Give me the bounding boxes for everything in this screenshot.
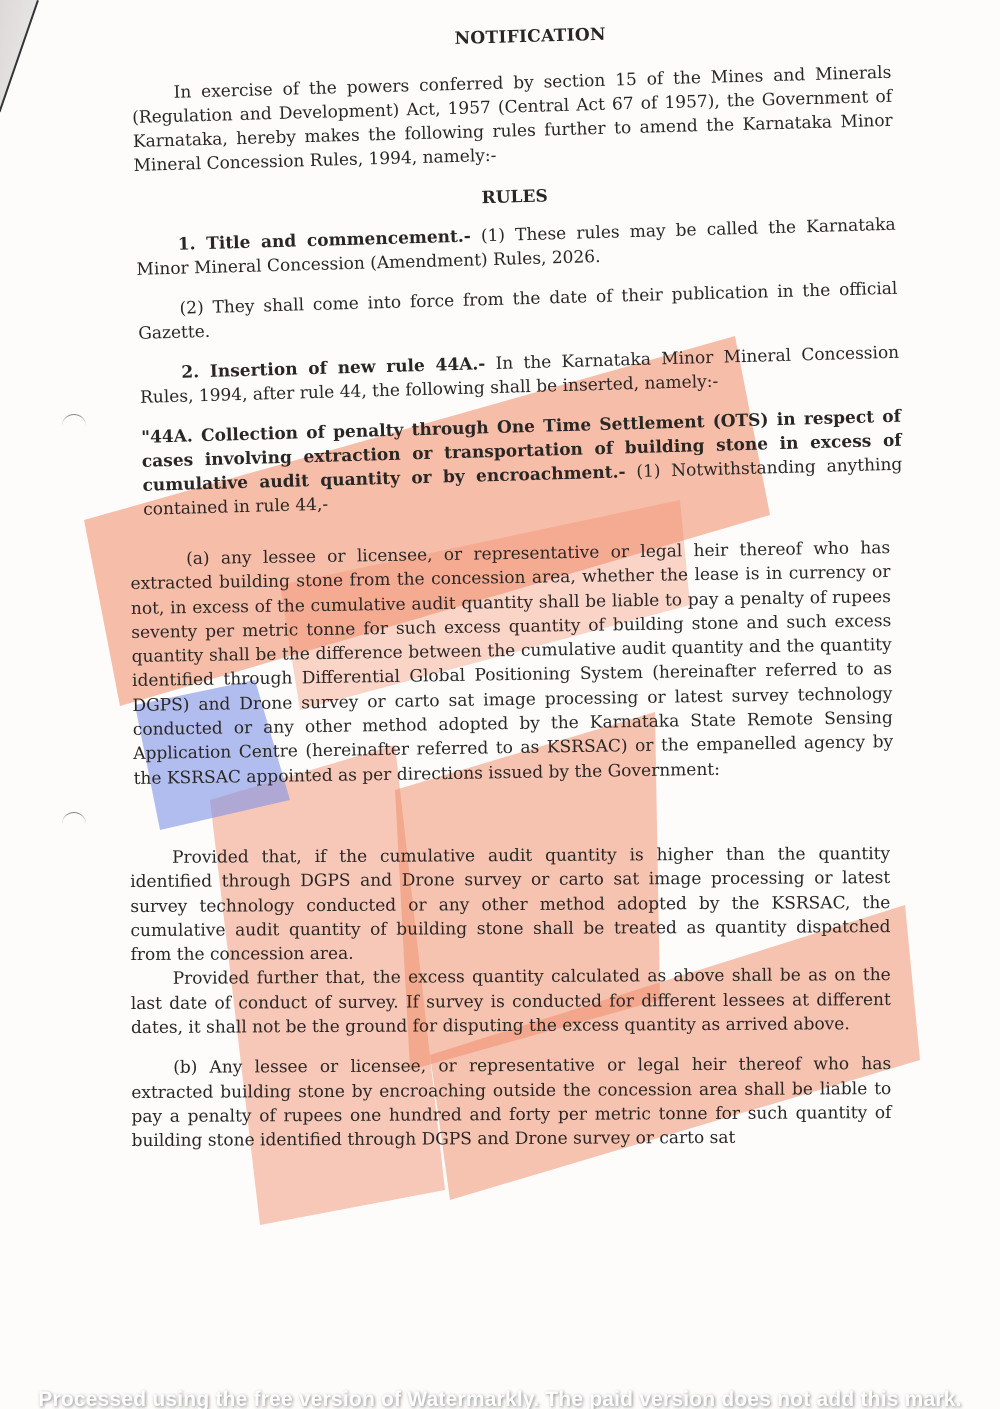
notification-title: NOTIFICATION: [170, 15, 890, 59]
document-page-top: NOTIFICATION In exercise of the powers c…: [130, 15, 903, 522]
document-page-bottom: Provided that, if the cumulative audit q…: [130, 842, 892, 1154]
proviso-2-paragraph: Provided further that, the excess quanti…: [131, 964, 891, 1041]
rules-heading: RULES: [134, 175, 894, 220]
paper-corner-fold: [0, 0, 40, 120]
watermark-text: Processed using the free version of Wate…: [0, 1388, 1000, 1409]
document-page-middle: (a) any lessee or licensee, or represent…: [130, 536, 894, 791]
punch-hole-mark: [62, 414, 86, 427]
clause-a-paragraph: (a) any lessee or licensee, or represent…: [130, 536, 894, 791]
clause-b-paragraph: (b) Any lessee or licensee, or represent…: [131, 1052, 891, 1153]
punch-hole-mark: [62, 812, 86, 825]
preamble-paragraph: In exercise of the powers conferred by s…: [131, 61, 893, 178]
rule-44a-paragraph: "44A. Collection of penalty through One …: [141, 405, 903, 522]
rule-2-heading: 2. Insertion of new rule 44A.-: [181, 354, 485, 382]
proviso-1-paragraph: Provided that, if the cumulative audit q…: [130, 842, 891, 967]
rule-1-heading: 1. Title and commencement.-: [178, 227, 472, 255]
